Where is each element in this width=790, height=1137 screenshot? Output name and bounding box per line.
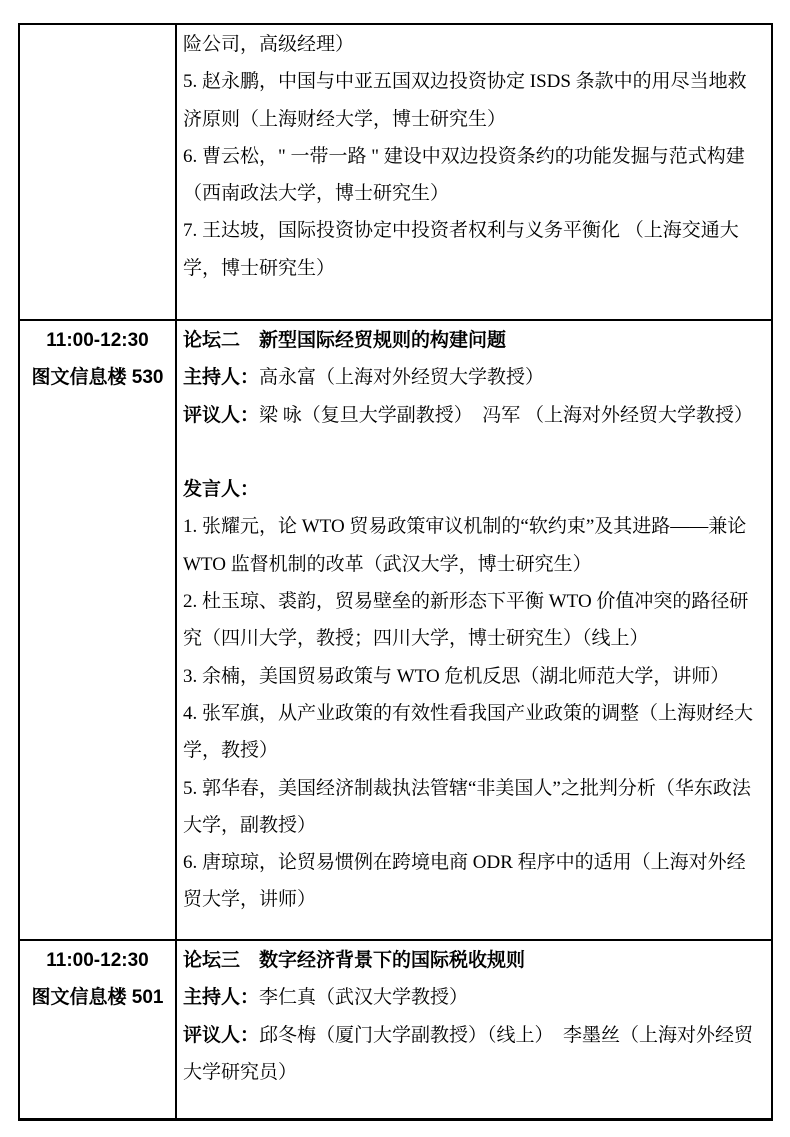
forum3-reviewer-line: 评议人：邱冬梅（厦门大学副教授）（线上） 李墨丝（上海对外经贸大学研究员）	[183, 1017, 763, 1092]
cell-content-forum3: 论坛三 数字经济背景下的国际税收规则 主持人：李仁真（武汉大学教授） 评议人：邱…	[177, 941, 771, 1118]
forum3-title: 论坛三 数字经济背景下的国际税收规则	[183, 942, 763, 979]
forum3-moderator-line: 主持人：李仁真（武汉大学教授）	[183, 979, 763, 1016]
forum2-reviewer-line: 评议人：梁 咏（复旦大学副教授） 冯军 （上海对外经贸大学教授）	[183, 397, 763, 434]
agenda-continuation-line: 险公司，高级经理）	[183, 26, 763, 63]
conference-schedule-table: 险公司，高级经理） 5. 赵永鹏，中国与中亚五国双边投资协定 ISDS 条款中的…	[18, 23, 773, 1121]
cell-time-forum2: 11:00-12:30 图文信息楼 530	[20, 321, 177, 941]
forum3-time: 11:00-12:30	[20, 942, 175, 979]
forum2-title: 论坛二 新型国际经贸规则的构建问题	[183, 322, 763, 359]
reviewer-value: 梁 咏（复旦大学副教授） 冯军 （上海对外经贸大学教授）	[259, 405, 753, 426]
forum2-time: 11:00-12:30	[20, 322, 175, 359]
forum2-location: 图文信息楼 530	[20, 359, 175, 396]
moderator-label: 主持人：	[183, 367, 259, 388]
forum2-speaker-2: 2. 杜玉琼、裘韵，贸易壁垒的新形态下平衡 WTO 价值冲突的路径研究（四川大学…	[183, 583, 763, 658]
document-page: 险公司，高级经理） 5. 赵永鹏，中国与中亚五国双边投资协定 ISDS 条款中的…	[0, 0, 790, 1137]
moderator-value: 高永富（上海对外经贸大学教授）	[259, 367, 544, 388]
agenda-item-6: 6. 曹云松，" 一带一路 " 建设中双边投资条约的功能发掘与范式构建（西南政法…	[183, 138, 763, 213]
cell-time-forum3: 11:00-12:30 图文信息楼 501	[20, 941, 177, 1118]
forum2-speakers-label: 发言人：	[183, 471, 763, 508]
forum2-speaker-5: 5. 郭华春，美国经济制裁执法管辖“非美国人”之批判分析（华东政法大学，副教授）	[183, 770, 763, 845]
cell-time-forum1	[20, 25, 177, 321]
cell-content-forum2: 论坛二 新型国际经贸规则的构建问题 主持人：高永富（上海对外经贸大学教授） 评议…	[177, 321, 771, 941]
reviewer-label: 评议人：	[183, 405, 259, 426]
reviewer-label: 评议人：	[183, 1025, 259, 1046]
forum2-speaker-4: 4. 张军旗，从产业政策的有效性看我国产业政策的调整（上海财经大学，教授）	[183, 695, 763, 770]
agenda-item-7: 7. 王达坡，国际投资协定中投资者权利与义务平衡化 （上海交通大学，博士研究生）	[183, 212, 763, 287]
cell-content-forum1: 险公司，高级经理） 5. 赵永鹏，中国与中亚五国双边投资协定 ISDS 条款中的…	[177, 25, 771, 321]
agenda-item-5: 5. 赵永鹏，中国与中亚五国双边投资协定 ISDS 条款中的用尽当地救济原则（上…	[183, 63, 763, 138]
forum2-moderator-line: 主持人：高永富（上海对外经贸大学教授）	[183, 359, 763, 396]
forum2-speaker-3: 3. 余楠，美国贸易政策与 WTO 危机反思（湖北师范大学，讲师）	[183, 658, 763, 695]
moderator-label: 主持人：	[183, 987, 259, 1008]
moderator-value: 李仁真（武汉大学教授）	[259, 987, 468, 1008]
forum3-location: 图文信息楼 501	[20, 979, 175, 1016]
reviewer-value: 邱冬梅（厦门大学副教授）（线上） 李墨丝（上海对外经贸大学研究员）	[183, 1025, 753, 1083]
forum2-speaker-6: 6. 唐琼琼，论贸易惯例在跨境电商 ODR 程序中的适用（上海对外经贸大学，讲师…	[183, 844, 763, 919]
forum2-speaker-1: 1. 张耀元，论 WTO 贸易政策审议机制的“软约束”及其进路——兼论 WTO …	[183, 508, 763, 583]
